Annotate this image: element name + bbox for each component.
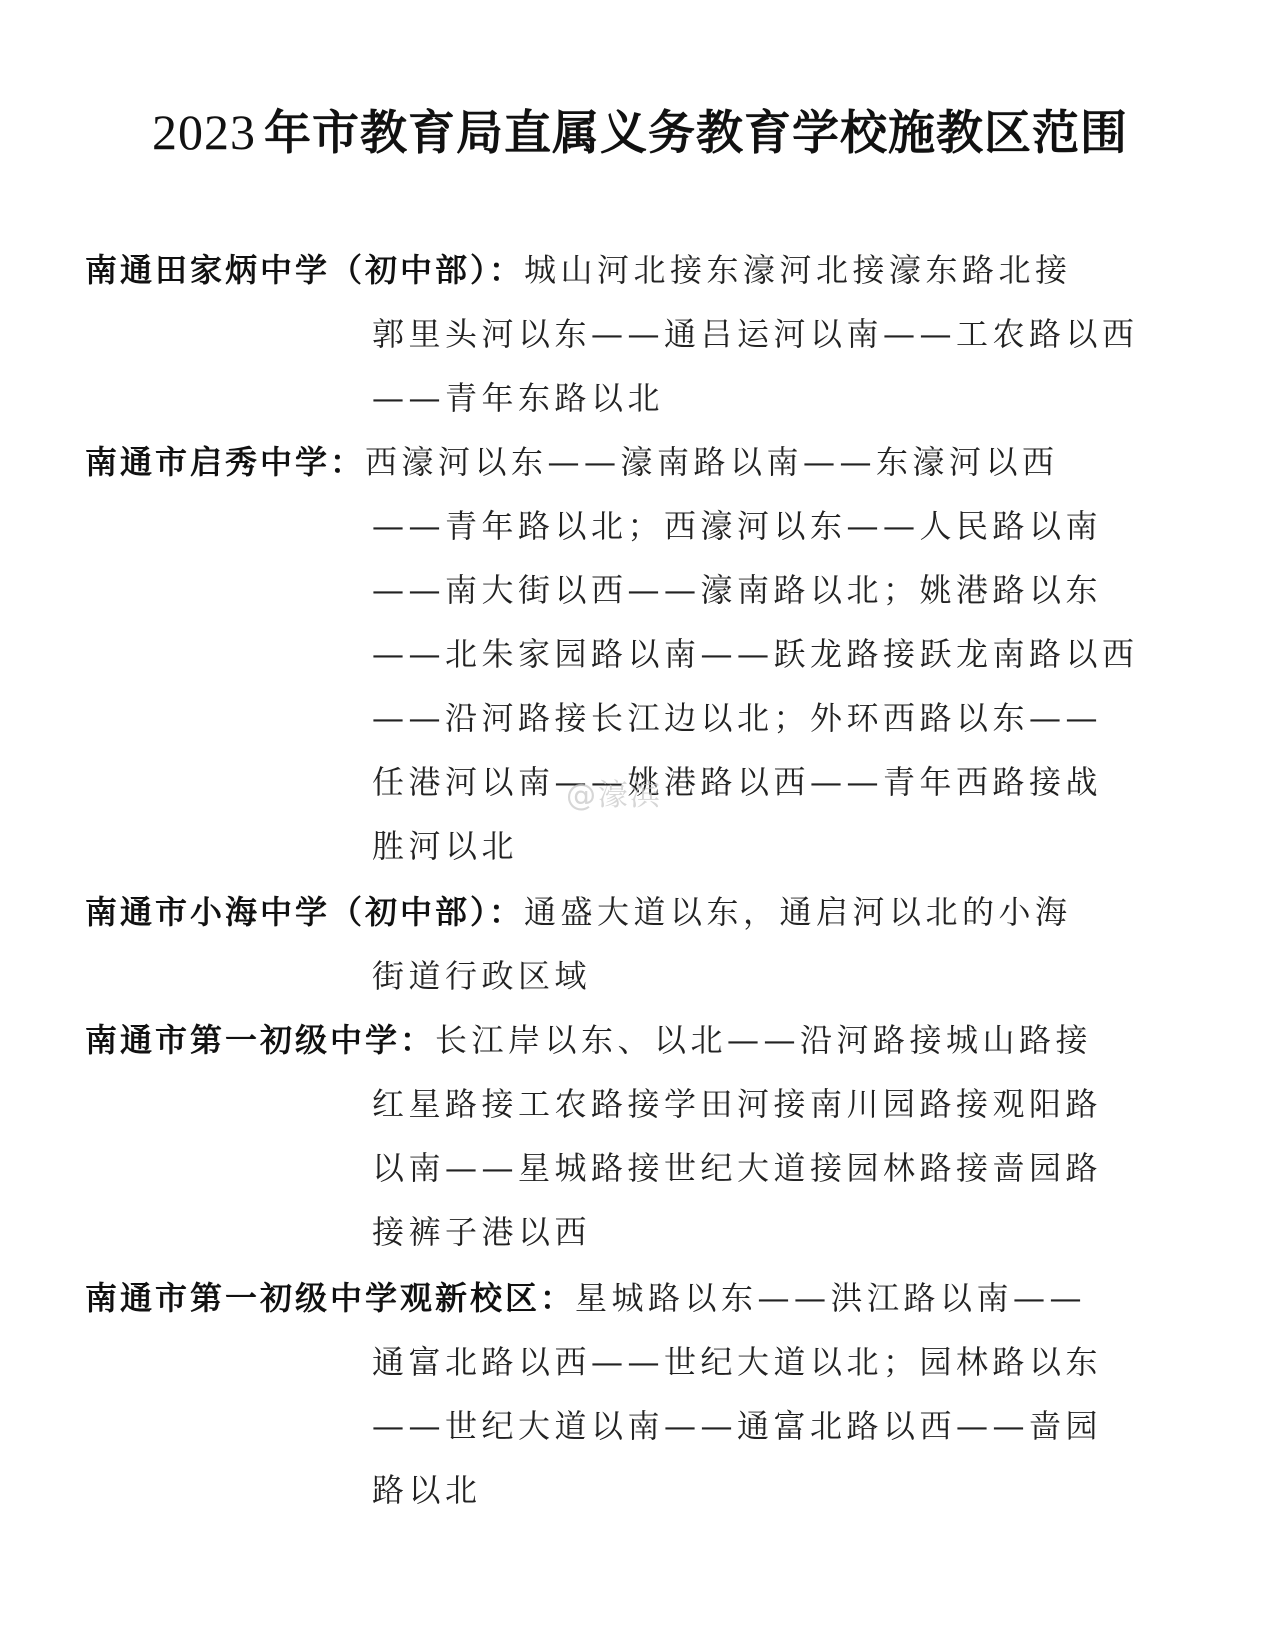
document-title: 2023年市教育局直属义务教育学校施教区范围	[0, 100, 1280, 166]
school-name: 南通市第一初级中学：	[85, 1021, 435, 1059]
school-range-line: 以南——星城路接世纪大道接园林路接啬园路	[372, 1148, 1102, 1188]
school-range-line: 郭里头河以东——通吕运河以南——工农路以西	[372, 314, 1139, 354]
school-range-line: ——世纪大道以南——通富北路以西——啬园	[372, 1406, 1102, 1446]
school-range: 星城路以东——洪江路以南——	[575, 1279, 1086, 1317]
title-text: 年市教育局直属义务教育学校施教区范围	[264, 106, 1128, 161]
school-range-line: ——青年路以北；西濠河以东——人民路以南	[372, 506, 1102, 546]
school-entry-1-line-1: 南通田家炳中学（初中部）：城山河北接东濠河北接濠东路北接	[85, 250, 1072, 290]
school-range: 长江岸以东、以北——沿河路接城山路接	[435, 1021, 1092, 1059]
school-entry-3-line-1: 南通市小海中学（初中部）：通盛大道以东，通启河以北的小海	[85, 892, 1072, 932]
school-name: 南通市启秀中学：	[85, 443, 365, 481]
school-name: 南通市第一初级中学观新校区：	[85, 1279, 575, 1317]
school-range: 西濠河以东——濠南路以南——东濠河以西	[365, 443, 1059, 481]
school-entry-4-line-1: 南通市第一初级中学：长江岸以东、以北——沿河路接城山路接	[85, 1020, 1092, 1060]
school-range-line: ——青年东路以北	[372, 378, 664, 418]
school-range: 通盛大道以东，通启河以北的小海	[524, 893, 1072, 931]
school-entry-5-line-1: 南通市第一初级中学观新校区：星城路以东——洪江路以南——	[85, 1278, 1086, 1318]
school-range-line: 接裤子港以西	[372, 1212, 591, 1252]
school-range-line: 红星路接工农路接学田河接南川园路接观阳路	[372, 1084, 1102, 1124]
school-range: 城山河北接东濠河北接濠东路北接	[524, 251, 1072, 289]
school-entry-2-line-1: 南通市启秀中学：西濠河以东——濠南路以南——东濠河以西	[85, 442, 1059, 482]
school-range-line: 街道行政区域	[372, 956, 591, 996]
school-range-line: 通富北路以西——世纪大道以北；园林路以东	[372, 1342, 1102, 1382]
title-year: 2023	[152, 104, 256, 160]
school-range-line: ——沿河路接长江边以北；外环西路以东——	[372, 698, 1102, 738]
school-range-line: ——南大街以西——濠南路以北；姚港路以东	[372, 570, 1102, 610]
school-name: 南通田家炳中学（初中部）：	[85, 251, 524, 289]
school-name: 南通市小海中学（初中部）：	[85, 893, 524, 931]
school-range-line: 胜河以北	[372, 826, 518, 866]
school-range-line: ——北朱家园路以南——跃龙路接跃龙南路以西	[372, 634, 1139, 674]
school-range-line: 路以北	[372, 1470, 482, 1510]
school-range-line: 任港河以南——姚港路以西——青年西路接战	[372, 762, 1102, 802]
